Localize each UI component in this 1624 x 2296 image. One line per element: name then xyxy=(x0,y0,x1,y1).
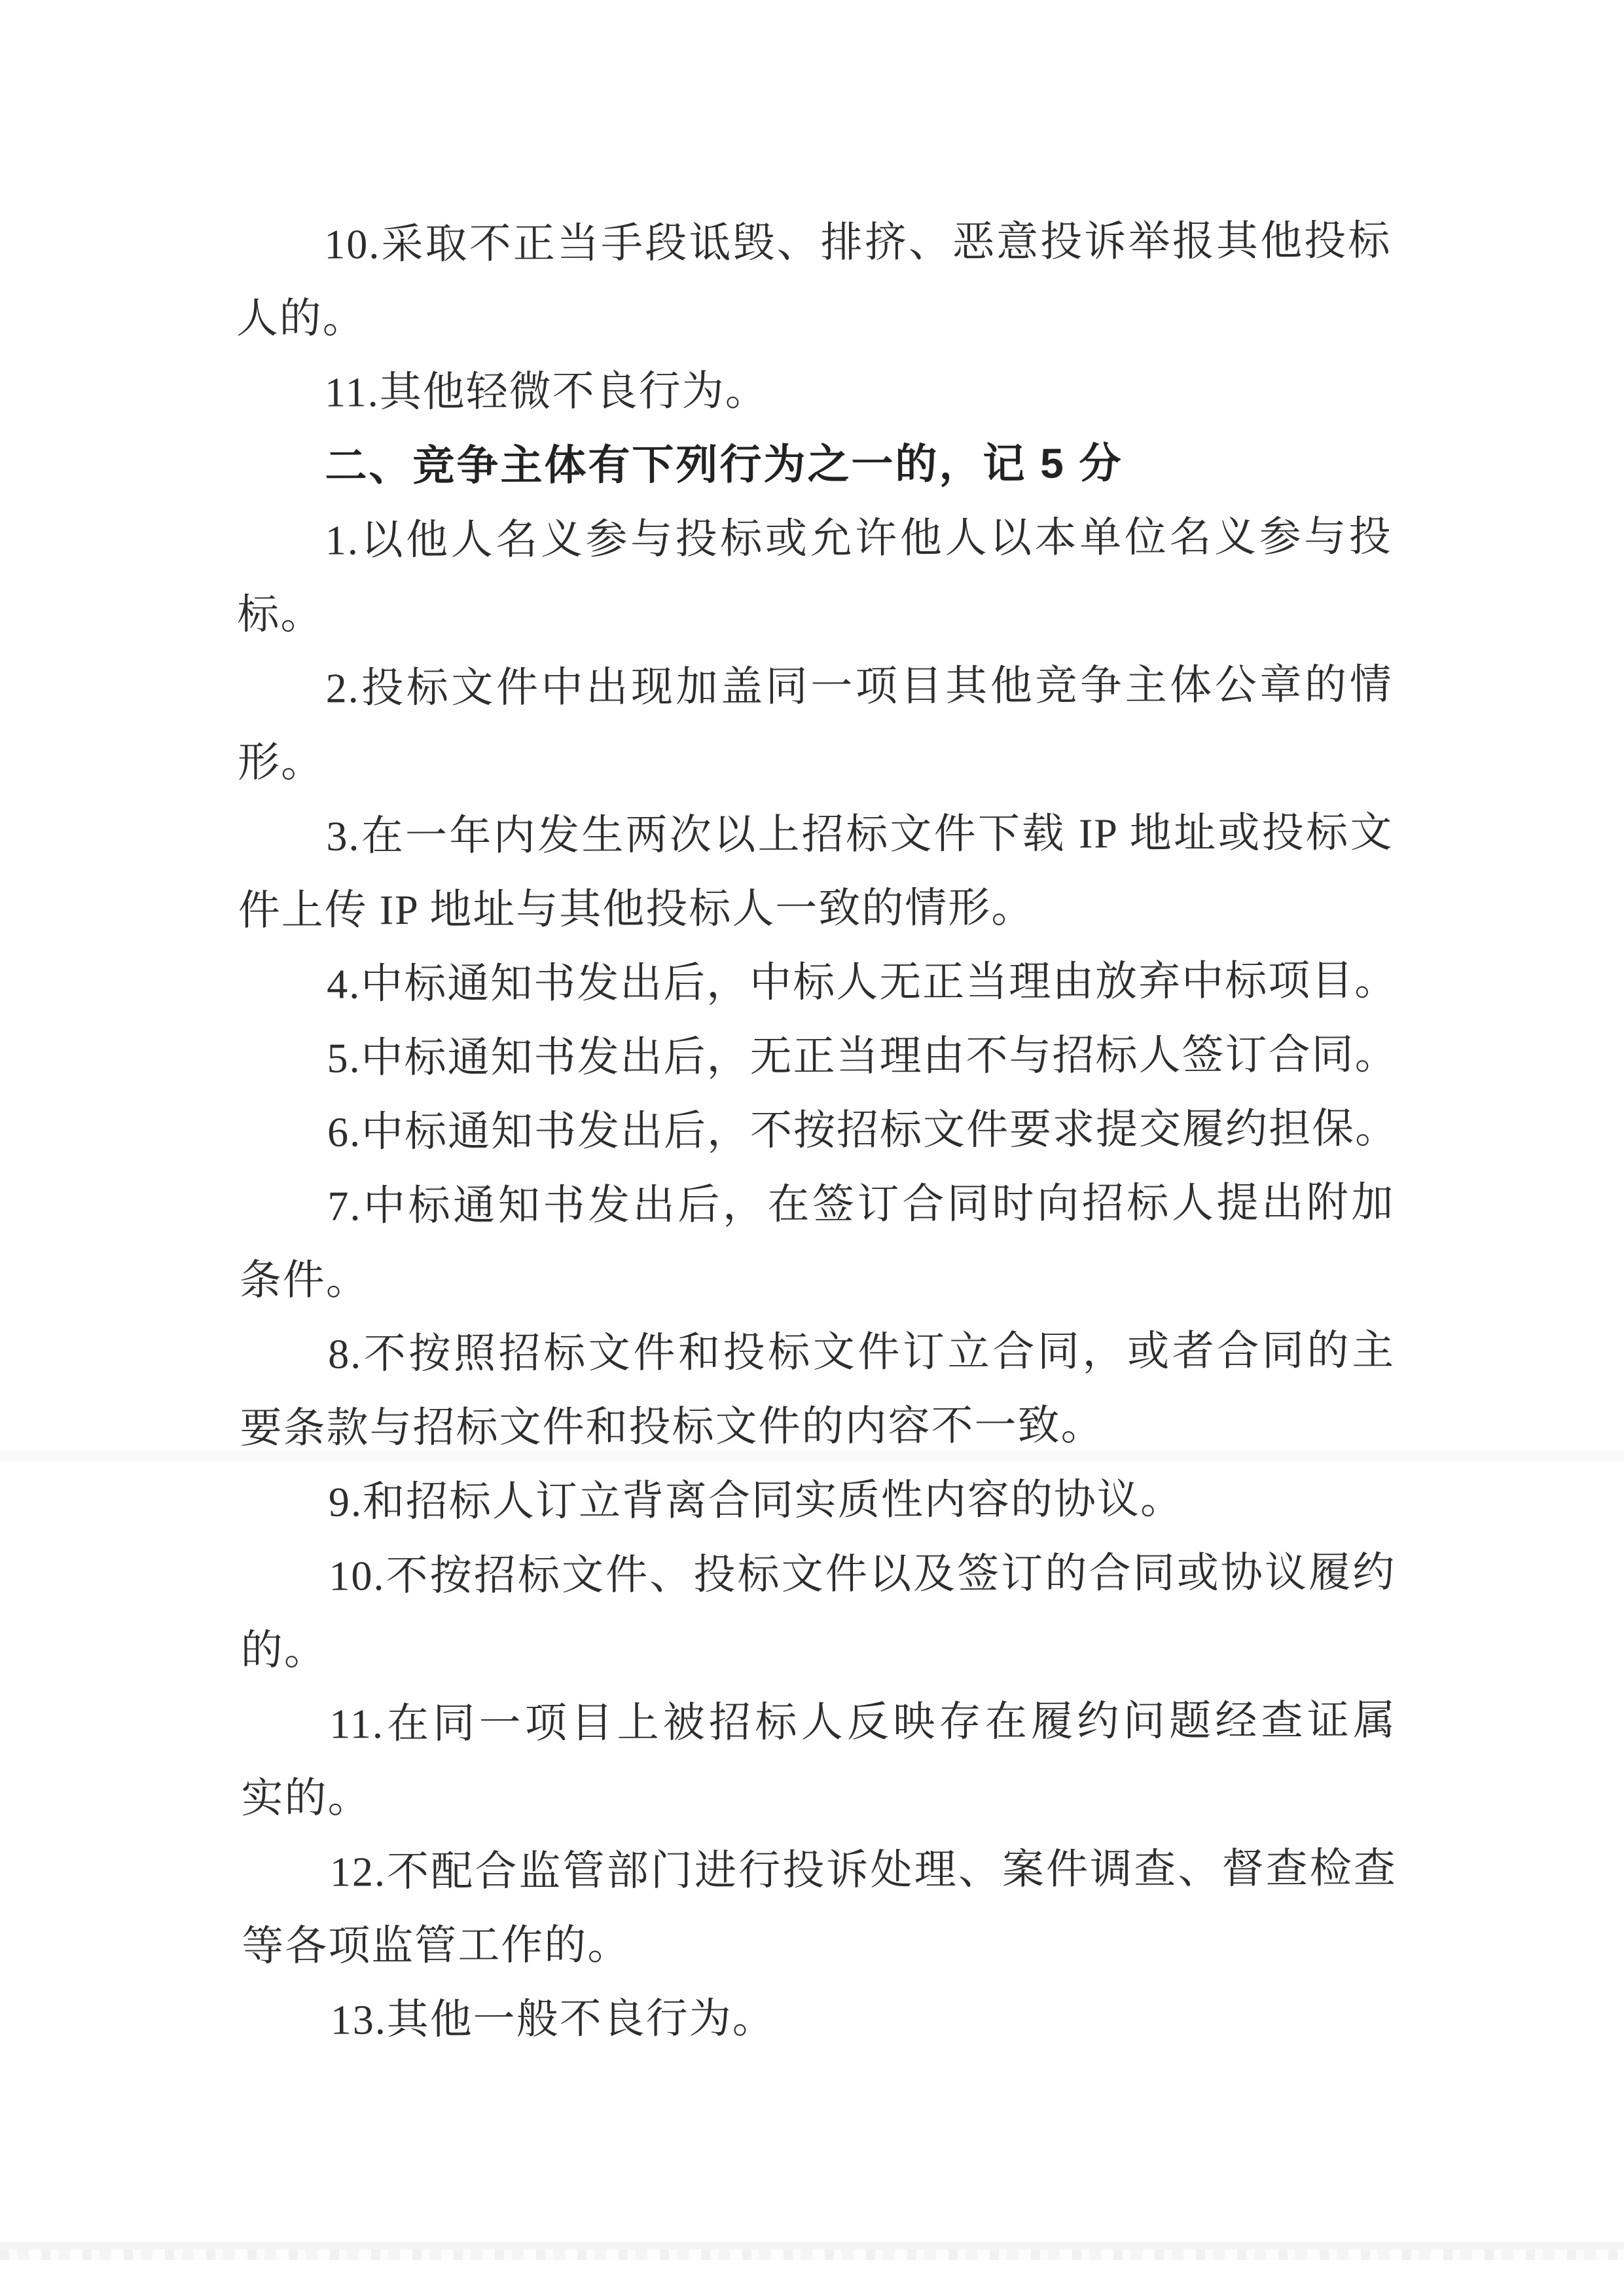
document-line: 二、竞争主体有下列行为之一的，记 5 分 xyxy=(236,426,1392,503)
document-page: 10.采取不正当手段诋毁、排挤、恶意投诉举报其他投标人的。11.其他轻微不良行为… xyxy=(0,0,1624,2296)
document-line: 实的。 xyxy=(241,1757,1396,1835)
scan-artifact-band-bottom xyxy=(0,2242,1624,2250)
document-line: 11.在同一项目上被招标人反映存在履约问题经查证属 xyxy=(241,1683,1396,1761)
document-line: 1.以他人名义参与投标或允许他人以本单位名义参与投 xyxy=(237,500,1392,577)
document-line: 9.和招标人订立背离合同实质性内容的协议。 xyxy=(240,1461,1396,1539)
document-line: 标。 xyxy=(237,574,1392,651)
document-line: 件上传 IP 地址与其他投标人一致的情形。 xyxy=(238,869,1394,947)
document-line: 的。 xyxy=(241,1609,1396,1687)
document-line: 10.采取不正当手段诋毁、排挤、恶意投诉举报其他投标 xyxy=(236,204,1391,282)
document-line: 4.中标通知书发出后，中标人无正当理由放弃中标项目。 xyxy=(238,943,1394,1021)
document-line: 3.在一年内发生两次以上招标文件下载 IP 地址或投标文 xyxy=(238,795,1393,873)
document-line: 2.投标文件中出现加盖同一项目其他竞争主体公章的情 xyxy=(237,647,1392,725)
document-line: 人的。 xyxy=(236,278,1391,355)
document-line: 12.不配合监管部门进行投诉处理、案件调查、督查检查 xyxy=(242,1831,1397,1909)
document-line: 形。 xyxy=(238,721,1393,799)
document-line: 条件。 xyxy=(240,1239,1395,1317)
document-text-block: 10.采取不正当手段诋毁、排挤、恶意投诉举报其他投标人的。11.其他轻微不良行为… xyxy=(236,204,1398,2057)
document-line: 7.中标通知书发出后，在签订合同时向招标人提出附加 xyxy=(239,1165,1394,1243)
document-line: 11.其他轻微不良行为。 xyxy=(236,352,1392,429)
scan-artifact-band-mid xyxy=(0,1451,1624,1461)
document-line: 6.中标通知书发出后，不按招标文件要求提交履约担保。 xyxy=(239,1091,1394,1169)
document-line: 13.其他一般不良行为。 xyxy=(242,1979,1398,2057)
document-line: 8.不按照招标文件和投标文件订立合同，或者合同的主 xyxy=(240,1313,1395,1391)
scan-artifact-streaks xyxy=(0,2250,1624,2260)
document-line: 10.不按招标文件、投标文件以及签订的合同或协议履约 xyxy=(240,1535,1396,1613)
document-line: 5.中标通知书发出后，无正当理由不与招标人签订合同。 xyxy=(238,1017,1394,1095)
document-line: 等各项监管工作的。 xyxy=(242,1905,1397,1983)
